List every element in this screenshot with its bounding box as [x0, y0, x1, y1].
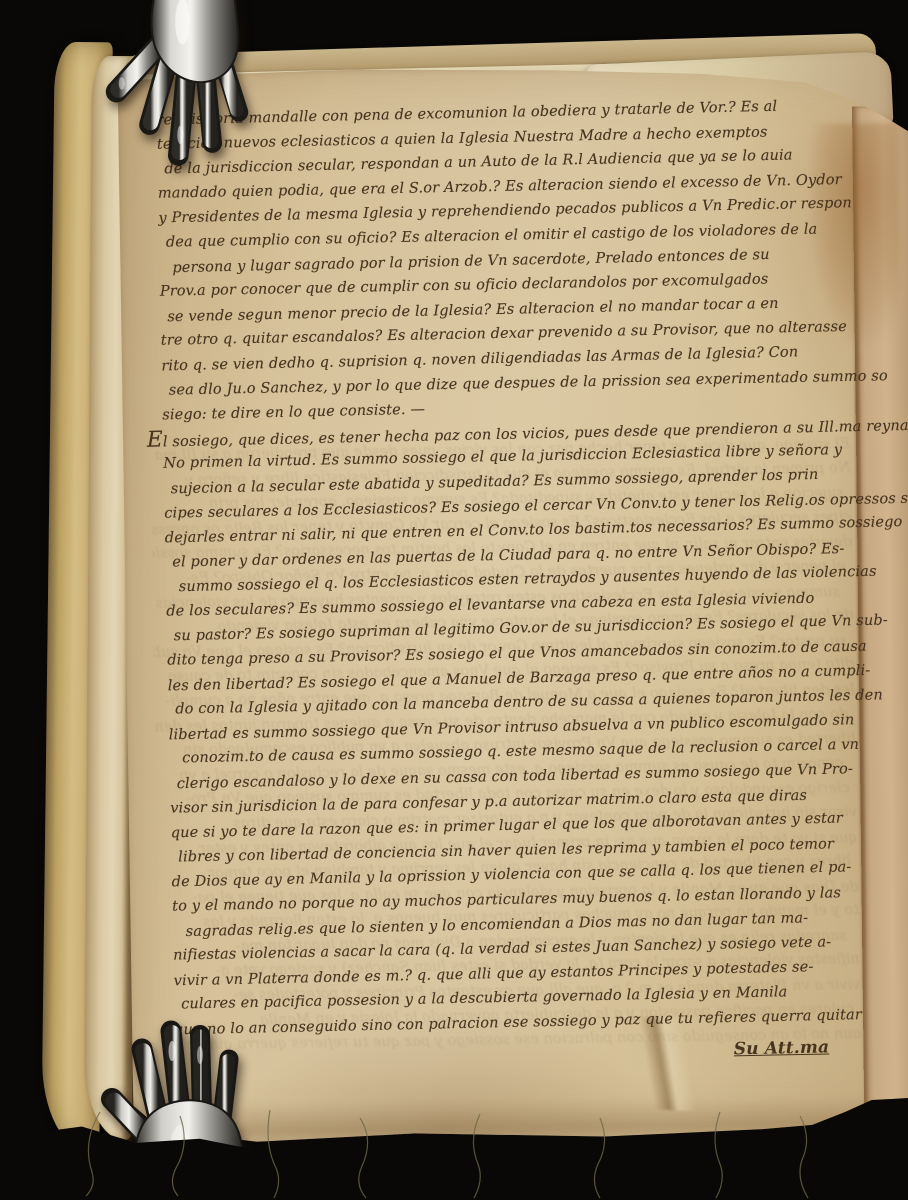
manuscript-photo: El sosiego, que dices, es tener hecha pa…: [0, 0, 908, 1200]
manuscript-text: requisitoria mandalle con pena de excomu…: [156, 94, 871, 1073]
paper-fibers: [60, 1108, 860, 1200]
hand-top-shape: [117, 0, 239, 155]
manuscript-paragraph-2: El sosiego, que dices, es tener hecha pa…: [163, 413, 871, 1042]
manuscript-page: El sosiego, que dices, es tener hecha pa…: [118, 63, 908, 1145]
silver-hand-page-holder-top: [96, 0, 276, 182]
